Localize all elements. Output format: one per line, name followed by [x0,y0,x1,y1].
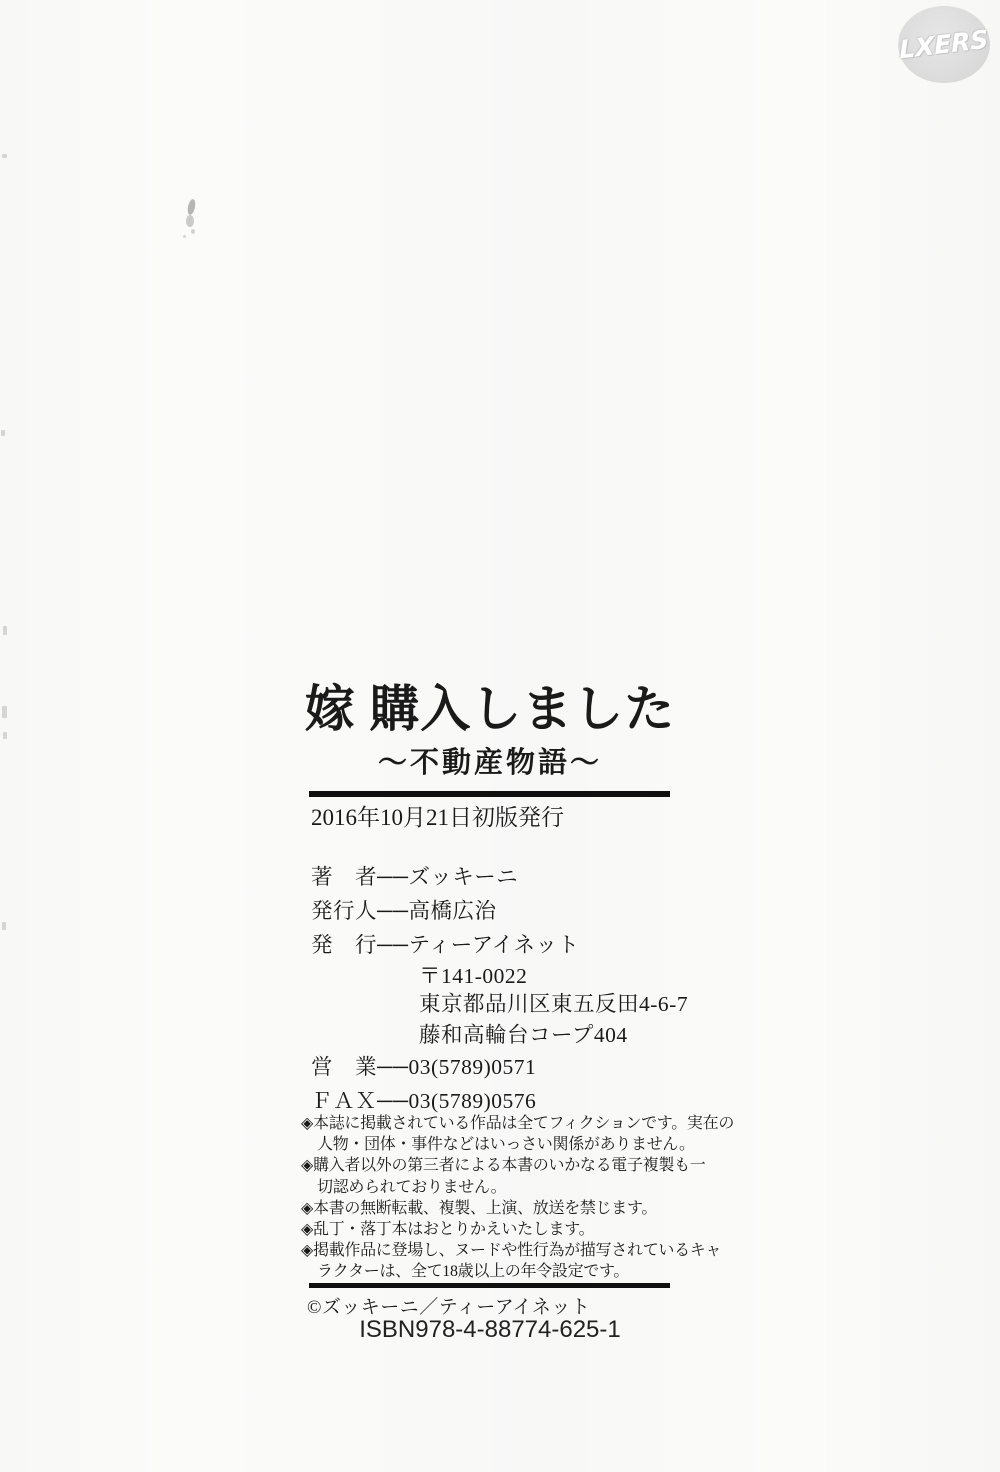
scan-speck [2,922,6,930]
notice-line: ◈掲載作品に登場し、ヌードや性行為が描写されているキャ [301,1240,741,1261]
notice-line: 切認められておりません。 [301,1177,741,1198]
notice-line: ◈本書の無断転載、複製、上演、放送を禁じます。 [301,1198,741,1219]
divider-rule-top [309,791,670,797]
divider-rule-bottom [309,1283,670,1288]
notice-line: ラクターは、全て18歳以上の年令設定です。 [301,1261,741,1282]
notice-line: ◈本誌に掲載されている作品は全てフィクションです。実在の [301,1113,741,1134]
notice-line: ◈購入者以外の第三者による本書のいかなる電子複製も一 [301,1155,741,1176]
edition-date: 2016年10月21日初版発行 [311,799,564,832]
address-street: 東京都品川区東五反田4-6-7 [419,987,688,1018]
scan-smudge [181,193,203,241]
contact-fax: ＦＡＸ──03(5789)0576 [311,1084,536,1115]
address-postal-code: 〒141-0022 [419,959,527,990]
lxers-watermark: LXERS [898,6,990,83]
notice-line: ◈乱丁・落丁本はおとりかえいたします。 [301,1219,741,1240]
notice-line: 人物・団体・事件などはいっさい関係がありません。 [301,1134,741,1155]
copyright-line: ©ズッキーニ／ティーアイネット [307,1292,590,1319]
legal-notices: ◈本誌に掲載されている作品は全てフィクションです。実在の 人物・団体・事件などは… [301,1113,741,1283]
contact-sales-phone: 営 業──03(5789)0571 [311,1050,536,1081]
credit-publisher-company: 発 行──ティーアイネット [311,928,580,959]
book-subtitle: 〜不動産物語〜 [250,740,730,781]
address-building: 藤和高輪台コープ404 [419,1018,628,1049]
credit-publisher-person: 発行人──高橋広治 [311,894,496,925]
scan-speck [2,154,7,158]
scan-speck [2,706,7,718]
lxers-watermark-text: LXERS [899,25,989,65]
scan-speck [1,430,5,436]
title-block: 嫁 購入しました 〜不動産物語〜 [250,683,730,781]
isbn-number: ISBN978-4-88774-625-1 [290,1316,690,1344]
credit-author: 著 者──ズッキーニ [311,860,518,891]
scanned-colophon-page: LXERS 嫁 購入しました 〜不動産物語〜 2016年10月21日初版発行 著… [0,0,1000,1472]
scan-speck [3,626,7,635]
scan-speck [3,732,7,739]
book-title: 嫁 購入しました [250,683,730,736]
